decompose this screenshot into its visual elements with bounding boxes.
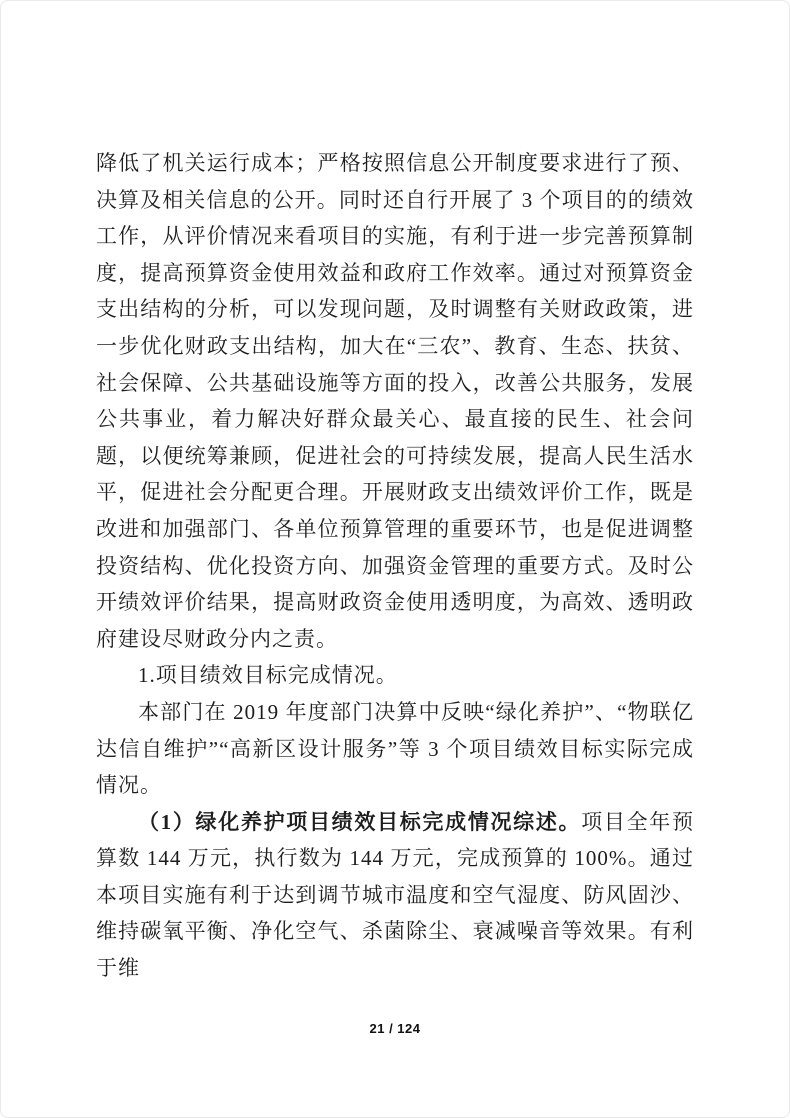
bold-text-run: （1）绿化养护项目绩效目标完成情况综述。: [138, 810, 581, 834]
document-body: 降低了机关运行成本；严格按照信息公开制度要求进行了预、决算及相关信息的公开。同时…: [96, 145, 694, 987]
paragraph: 本部门在 2019 年度部门决算中反映“绿化养护”、“物联亿达信自维护”“高新区…: [96, 694, 694, 804]
text-run: 项目全年预算数 144 万元，执行数为 144 万元，完成预算的 100%。通过…: [96, 810, 694, 980]
text-run: 本部门在 2019 年度部门决算中反映“绿化养护”、“物联亿达信自维护”“高新区…: [96, 700, 694, 797]
page-number: 21 / 124: [1, 1021, 789, 1036]
text-run: 降低了机关运行成本；严格按照信息公开制度要求进行了预、决算及相关信息的公开。同时…: [96, 151, 694, 651]
paragraph: （1）绿化养护项目绩效目标完成情况综述。项目全年预算数 144 万元，执行数为 …: [96, 804, 694, 987]
paragraph: 1.项目绩效目标完成情况。: [96, 657, 694, 694]
paragraph: 降低了机关运行成本；严格按照信息公开制度要求进行了预、决算及相关信息的公开。同时…: [96, 145, 694, 657]
text-run: 1.项目绩效目标完成情况。: [138, 663, 398, 687]
document-page: 降低了机关运行成本；严格按照信息公开制度要求进行了预、决算及相关信息的公开。同时…: [0, 0, 790, 1118]
